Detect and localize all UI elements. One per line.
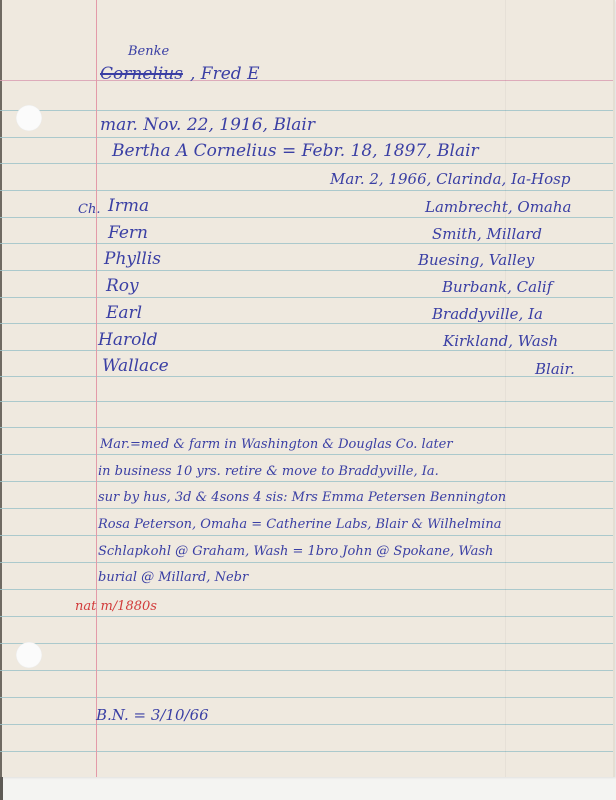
child-name: Earl [106,305,142,322]
note-line: Schlapkohl @ Graham, Wash = 1bro John @ … [98,545,493,558]
given-name: , Fred E [190,66,260,83]
note-line: Mar.=med & farm in Washington & Douglas … [100,438,453,451]
child-residence: Braddyville, Ia [432,307,543,322]
child-residence: Smith, Millard [432,227,542,242]
child-residence: Lambrecht, Omaha [425,200,571,215]
ruled-line [0,350,613,351]
header-rule [0,80,613,81]
scan-edge-shadow [0,777,3,800]
ruled-line [0,243,613,244]
ruled-line [0,670,613,671]
ruled-line [0,323,613,324]
notebook-page: Benke Cornelius , Fred E mar. Nov. 22, 1… [0,0,615,777]
ruled-line [0,454,613,455]
ruled-line [0,697,613,698]
child-residence: Kirkland, Wash [443,334,558,349]
child-name: Phyllis [104,251,161,268]
ruled-line [0,643,613,644]
child-name: Roy [106,278,139,295]
ruled-line [0,163,613,164]
footer-note: B.N. = 3/10/66 [96,708,209,723]
child-name: Harold [98,332,158,349]
ruled-line [0,110,613,111]
ruled-line [0,297,613,298]
spouse-line: Bertha A Cornelius = Febr. 18, 1897, Bla… [112,143,479,160]
ruled-line [0,270,613,271]
ruled-line [0,724,613,725]
note-line: in business 10 yrs. retire & move to Bra… [98,465,439,478]
scan-edge-shadow [0,0,2,777]
ruled-line [0,376,613,377]
ruled-line [0,190,613,191]
surname-struck: Cornelius [100,66,183,83]
ruled-line [0,427,613,428]
child-residence: Blair. [535,362,575,377]
punch-hole-top [16,105,42,131]
margin-line [96,0,97,777]
ruled-line [0,562,613,563]
ruled-line [0,481,613,482]
marriage-line: mar. Nov. 22, 1916, Blair [100,117,315,134]
paper-fold [505,0,506,777]
child-residence: Burbank, Calif [442,280,552,295]
ruled-line [0,589,613,590]
punch-hole-bottom [16,642,42,668]
note-line: burial @ Millard, Nebr [98,571,248,584]
ruled-line [0,508,613,509]
death-line: Mar. 2, 1966, Clarinda, Ia-Hosp [330,172,570,187]
children-prefix: Ch. [78,203,100,216]
child-name: Fern [108,225,148,242]
red-annotation: nat m/1880s [75,600,157,613]
note-line: sur by hus, 3d & 4sons 4 sis: Mrs Emma P… [98,491,506,504]
ruled-line [0,137,613,138]
child-name: Irma [108,198,149,215]
ruled-line [0,535,613,536]
ruled-line [0,616,613,617]
note-line: Rosa Peterson, Omaha = Catherine Labs, B… [98,518,501,531]
ruled-line [0,401,613,402]
ruled-line [0,217,613,218]
ruled-line [0,751,613,752]
surname-correction: Benke [128,45,169,58]
child-name: Wallace [102,358,169,375]
child-residence: Buesing, Valley [418,253,534,268]
